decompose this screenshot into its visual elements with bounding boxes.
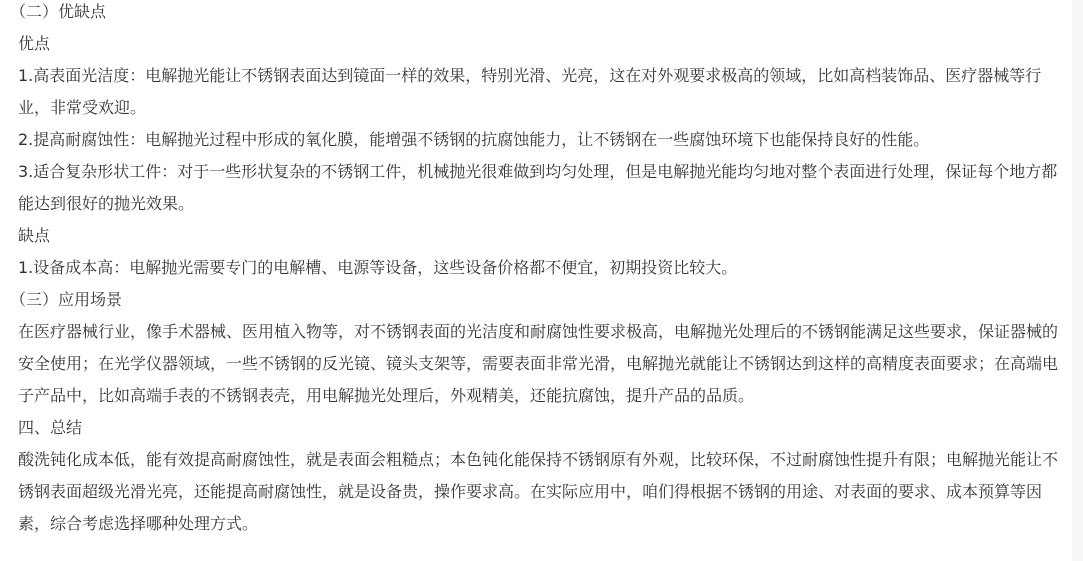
summary-paragraph: 酸洗钝化成本低，能有效提高耐腐蚀性，就是表面会粗糙点；本色钝化能保持不锈钢原有外… xyxy=(18,444,1073,540)
advantage-item: 1.高表面光洁度：电解抛光能让不锈钢表面达到镜面一样的效果，特别光滑、光亮，这在… xyxy=(18,60,1073,124)
disadvantage-item: 1.设备成本高：电解抛光需要专门的电解槽、电源等设备，这些设备价格都不便宜，初期… xyxy=(18,252,1073,284)
section-heading-applications: （三）应用场景 xyxy=(10,284,1073,316)
advantage-item: 2.提高耐腐蚀性：电解抛光过程中形成的氧化膜，能增强不锈钢的抗腐蚀能力，让不锈钢… xyxy=(18,124,1073,156)
section-heading-pros-cons: （二）优缺点 xyxy=(10,0,1073,28)
section-heading-summary: 四、总结 xyxy=(18,412,1073,444)
applications-paragraph: 在医疗器械行业，像手术器械、医用植入物等，对不锈钢表面的光洁度和耐腐蚀性要求极高… xyxy=(18,316,1073,412)
scrollbar-track[interactable] xyxy=(1072,0,1083,561)
disadvantages-label: 缺点 xyxy=(18,220,1073,252)
advantage-item: 3.适合复杂形状工件：对于一些形状复杂的不锈钢工件，机械抛光很难做到均匀处理，但… xyxy=(18,156,1073,220)
advantages-label: 优点 xyxy=(18,28,1073,60)
article-body: （二）优缺点 优点 1.高表面光洁度：电解抛光能让不锈钢表面达到镜面一样的效果，… xyxy=(18,0,1073,540)
